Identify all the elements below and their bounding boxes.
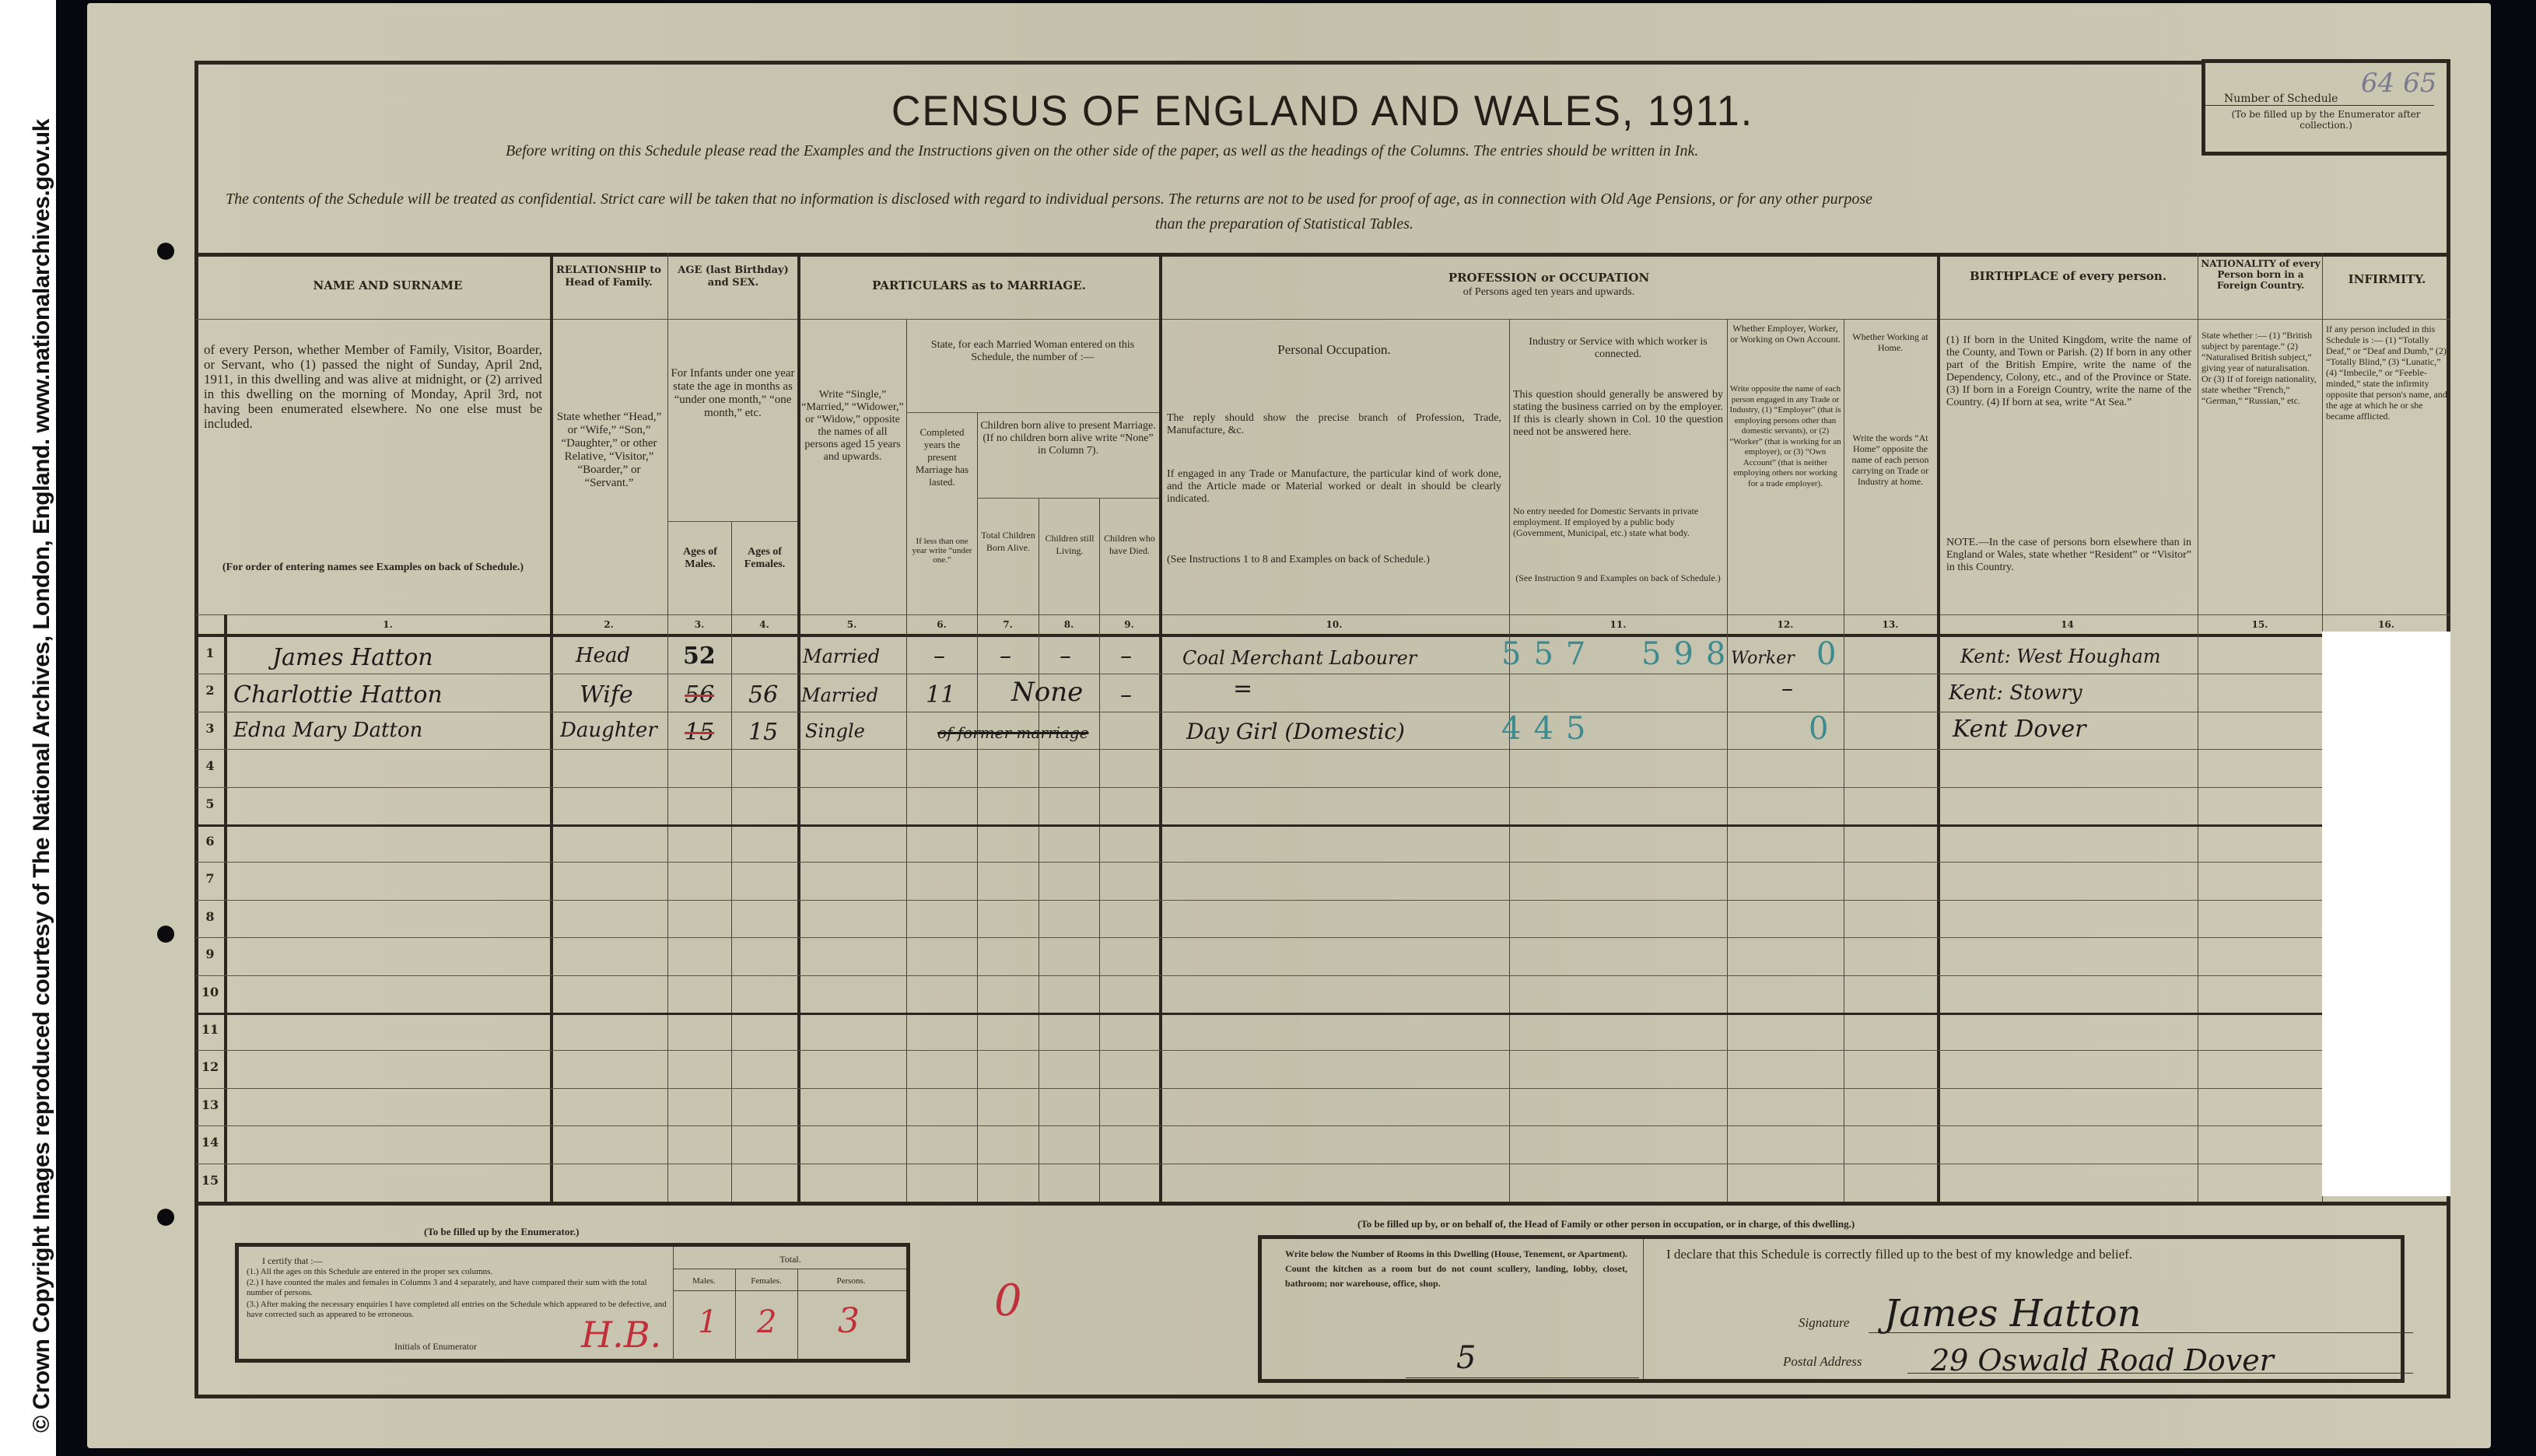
row3-code-a: 445 <box>1501 711 1598 747</box>
row3-name[interactable]: Edna Mary Datton <box>233 719 422 742</box>
header-years-married-note: If less than one year write “under one.” <box>909 537 976 565</box>
column-number: 14 <box>1937 619 2198 630</box>
col-divider <box>1039 498 1039 1202</box>
header-birthplace-desc: (1) If born in the United Kingdom, write… <box>1946 334 2191 409</box>
instruction-read-examples: Before writing on this Schedule please r… <box>506 142 1698 160</box>
row2-died[interactable]: – <box>1120 681 1132 709</box>
header-children-living: Children still Living. <box>1040 532 1099 557</box>
row-rule <box>196 712 2322 712</box>
copyright-strip: © Crown Copyright Images reproduced cour… <box>0 0 56 1456</box>
row-number: 11 <box>196 1022 224 1037</box>
row-number: 12 <box>196 1059 224 1074</box>
header-industry-note: (See Instruction 9 and Examples on back … <box>1513 572 1723 583</box>
row1-employment-code: 0 <box>1816 636 1836 672</box>
row3-age-female[interactable]: 15 <box>748 719 778 746</box>
punch-hole-icon <box>157 1209 174 1226</box>
col-divider <box>1727 319 1728 1202</box>
copyright-credit: © Crown Copyright Images reproduced cour… <box>28 119 56 1433</box>
col-divider <box>977 412 978 1202</box>
certify-label: I certify that :— <box>262 1255 323 1267</box>
column-number: 6. <box>906 619 977 630</box>
row2-occupation-ditto[interactable]: = <box>1233 675 1252 702</box>
column-number: 15. <box>2198 619 2322 630</box>
column-number: 1. <box>226 619 550 630</box>
header-birthplace-note: NOTE.—In the case of persons born elsewh… <box>1946 537 2191 574</box>
row2-birthplace[interactable]: Kent: Stowry <box>1949 681 2082 705</box>
row1-relationship[interactable]: Head <box>576 644 630 667</box>
table-bottom-rule <box>196 1202 2450 1206</box>
row3-employment-code: 0 <box>1809 711 1828 747</box>
row-rule <box>196 749 2322 750</box>
row1-code-a: 557 <box>1501 636 1598 672</box>
row1-birthplace[interactable]: Kent: West Hougham <box>1960 646 2161 667</box>
header-top-rule <box>196 253 2450 257</box>
header-ages-females: Ages of Females. <box>733 546 797 571</box>
col-divider <box>224 614 227 1202</box>
total-males[interactable]: 1 <box>698 1304 717 1340</box>
row2-name[interactable]: Charlottie Hatton <box>233 681 443 709</box>
row2-years-married[interactable]: 11 <box>926 681 955 709</box>
header-occupation-sub: of Persons aged ten years and upwards. <box>1161 286 1937 299</box>
row-number: 9 <box>196 947 224 961</box>
instruction-statistical: than the preparation of Statistical Tabl… <box>1155 215 1413 233</box>
schedule-number-box: 64 65 Number of Schedule (To be filled u… <box>2201 59 2450 156</box>
header-occupation-desc2: If engaged in any Trade or Manufacture, … <box>1167 468 1501 506</box>
row3-age-male-struck[interactable]: 15 <box>685 719 714 746</box>
row-number: 7 <box>196 871 224 886</box>
header-name-note: (For order of entering names see Example… <box>204 562 542 574</box>
col-divider <box>550 253 553 1202</box>
redacted-infirmity-column <box>2322 632 2450 1196</box>
header-mid-rule <box>196 319 2450 320</box>
header-infirmity-desc: If any person included in this Schedule … <box>2326 324 2447 422</box>
row1-marital[interactable]: Married <box>803 646 880 667</box>
column-number: 7. <box>977 619 1039 630</box>
schedule-number-note: (To be filled up by the Enumerator after… <box>2205 109 2447 131</box>
total-label: Total. <box>674 1253 906 1265</box>
row-rule <box>196 937 2322 938</box>
column-number: 3. <box>667 619 731 630</box>
row1-employment[interactable]: Worker <box>1731 649 1795 668</box>
header-industry: Industry or Service with which worker is… <box>1513 336 1723 361</box>
column-number: 8. <box>1039 619 1099 630</box>
row-number: 13 <box>196 1097 224 1112</box>
row1-code-b: 598 <box>1641 636 1738 672</box>
instruction-confidential: The contents of the Schedule will be tre… <box>226 191 1872 208</box>
col-divider <box>906 319 907 1202</box>
header-marital-desc: Write “Single,” “Married,” “Widower,” or… <box>801 389 904 464</box>
col-divider <box>797 253 800 1202</box>
signature-label: Signature <box>1799 1317 1849 1329</box>
column-number: 9. <box>1099 619 1159 630</box>
row3-relationship[interactable]: Daughter <box>560 719 657 742</box>
header-children: Children born alive to present Marriage.… <box>980 420 1156 457</box>
row-number: 3 <box>196 721 224 736</box>
column-number: 12. <box>1727 619 1844 630</box>
row2-born-alive[interactable]: None <box>1011 677 1083 708</box>
header-industry-desc2: No entry needed for Domestic Servants in… <box>1513 506 1723 538</box>
column-number: 2. <box>550 619 667 630</box>
header-children-died: Children who have Died. <box>1101 532 1158 557</box>
header-at-home: Whether Working at Home. <box>1845 331 1935 353</box>
row-rule <box>196 1088 2322 1089</box>
column-number: 16. <box>2322 619 2450 630</box>
sub-rule <box>667 521 797 522</box>
females-label: Females. <box>737 1275 796 1287</box>
schedule-number-value[interactable]: 64 65 <box>2361 68 2436 99</box>
header-relationship-desc: State whether “Head,” or “Wife,” “Son,” … <box>554 411 664 490</box>
column-number: 10. <box>1159 619 1509 630</box>
sub-rule <box>906 412 1159 413</box>
row-number: 8 <box>196 909 224 924</box>
males-label: Males. <box>674 1275 734 1287</box>
rooms-count[interactable]: 5 <box>1456 1340 1476 1376</box>
header-at-home-desc: Write the words “At Home” opposite the n… <box>1845 432 1935 487</box>
column-number: 11. <box>1509 619 1727 630</box>
header-marriage: PARTICULARS as to MARRIAGE. <box>799 278 1159 292</box>
row-number: 2 <box>196 683 224 698</box>
header-bottom-rule <box>196 614 2450 615</box>
col-divider <box>1844 319 1844 1202</box>
column-number: 13. <box>1844 619 1937 630</box>
row-number: 6 <box>196 834 224 849</box>
row-number: 10 <box>196 985 224 999</box>
col-divider <box>667 253 668 1202</box>
enumerator-extra-mark: 0 <box>994 1276 1022 1326</box>
row-number: 14 <box>196 1135 224 1150</box>
row-rule <box>196 1164 2322 1164</box>
initials-label: Initials of Enumerator <box>394 1340 477 1353</box>
row2-age-male-struck[interactable]: 56 <box>685 681 714 709</box>
row1-living[interactable]: – <box>1060 642 1071 670</box>
header-ages-males: Ages of Males. <box>671 546 730 571</box>
header-employment: Whether Employer, Worker, or Working on … <box>1729 323 1842 345</box>
total-persons[interactable]: 3 <box>838 1301 860 1341</box>
col-divider <box>1937 253 1940 1202</box>
enumerator-caption: (To be filled up by the Enumerator.) <box>424 1226 579 1238</box>
row-number: 1 <box>196 646 224 660</box>
total-females[interactable]: 2 <box>757 1304 776 1340</box>
header-name-desc: of every Person, whether Member of Famil… <box>204 342 542 431</box>
row-rule <box>196 1050 2322 1051</box>
row2-age-female[interactable]: 56 <box>748 681 778 709</box>
punch-hole-icon <box>157 243 174 260</box>
col-divider <box>2198 253 2198 1202</box>
punch-hole-icon <box>157 926 174 943</box>
header-age-infants: For Infants under one year state the age… <box>671 367 795 420</box>
header-personal-occupation: Personal Occupation. <box>1167 342 1501 357</box>
row-number: 5 <box>196 796 224 811</box>
certify-item-1: (1.) All the ages on this Schedule are e… <box>247 1267 667 1277</box>
col-divider <box>1099 498 1100 1202</box>
header-occupation-note: (See Instructions 1 to 8 and Examples on… <box>1167 554 1501 566</box>
column-number: 5. <box>797 619 906 630</box>
row-rule <box>196 787 2322 788</box>
row2-relationship[interactable]: Wife <box>580 681 633 709</box>
row1-name[interactable]: James Hatton <box>272 644 433 671</box>
header-age: AGE (last Birthday) and SEX. <box>669 264 797 289</box>
signature[interactable]: James Hatton <box>1884 1292 2142 1335</box>
row2-marital[interactable]: Married <box>801 684 878 706</box>
row-rule <box>196 862 2322 863</box>
row-rule <box>196 975 2322 976</box>
column-number-rule <box>196 634 2450 637</box>
row-number: 4 <box>196 758 224 773</box>
postal-address-label: Postal Address <box>1783 1356 1862 1368</box>
persons-label: Persons. <box>799 1275 903 1287</box>
row1-age-male[interactable]: 52 <box>683 642 716 670</box>
row-rule <box>196 674 2322 674</box>
row-rule <box>196 1125 2322 1126</box>
header-nationality: NATIONALITY of every Person born in a Fo… <box>2199 258 2322 291</box>
row1-years-married[interactable]: – <box>933 642 945 670</box>
header-occupation-desc: The reply should show the precise branch… <box>1167 412 1501 437</box>
row3-marital[interactable]: Single <box>805 720 865 742</box>
header-name: NAME AND SURNAME <box>226 278 550 292</box>
head-declaration-box: Write below the Number of Rooms in this … <box>1258 1235 2405 1383</box>
row1-occupation[interactable]: Coal Merchant Labourer <box>1182 647 1417 669</box>
header-years-married: Completed years the present Marriage has… <box>909 426 976 488</box>
header-nationality-desc: State whether :— (1) “British subject by… <box>2201 330 2320 406</box>
row-number: 15 <box>196 1173 224 1188</box>
header-birthplace: BIRTHPLACE of every person. <box>1939 269 2198 283</box>
form-title: CENSUS OF ENGLAND AND WALES, 1911. <box>198 87 2447 136</box>
row3-occupation[interactable]: Day Girl (Domestic) <box>1186 719 1405 744</box>
column-number: 4. <box>731 619 797 630</box>
header-relationship: RELATIONSHIP to Head of Family. <box>552 264 666 289</box>
col-divider <box>1159 253 1162 1202</box>
row3-struck-note[interactable]: of former marriage <box>937 723 1089 742</box>
rooms-instruction: Write below the Number of Rooms in this … <box>1285 1247 1627 1291</box>
header-infirmity: INFIRMITY. <box>2324 272 2450 286</box>
header-employment-desc: Write opposite the name of each person e… <box>1729 384 1842 489</box>
header-occupation: PROFESSION or OCCUPATION <box>1161 271 1937 285</box>
row1-died[interactable]: – <box>1120 642 1132 670</box>
col-divider <box>1509 319 1510 1202</box>
declaration-text: I declare that this Schedule is correctl… <box>1666 1248 2132 1261</box>
enumerator-certificate-box: I certify that :— (1.) All the ages on t… <box>235 1243 910 1363</box>
enumerator-initials[interactable]: H.B. <box>581 1314 661 1356</box>
header-total-children: Total Children Born Alive. <box>979 529 1038 554</box>
row-rule <box>196 1013 2322 1015</box>
row2-employment[interactable]: – <box>1781 675 1793 702</box>
row3-birthplace[interactable]: Kent Dover <box>1953 716 2086 743</box>
row1-born-alive[interactable]: – <box>1000 642 1011 670</box>
header-industry-desc: This question should generally be answer… <box>1513 389 1723 439</box>
row-rule <box>196 824 2322 827</box>
row-rule <box>196 900 2322 901</box>
certify-item-2: (2.) I have counted the males and female… <box>247 1278 667 1298</box>
head-caption: (To be filled up by, or on behalf of, th… <box>1357 1218 1855 1230</box>
header-married-woman: State, for each Married Woman entered on… <box>910 339 1155 364</box>
sub-rule <box>977 498 1159 499</box>
